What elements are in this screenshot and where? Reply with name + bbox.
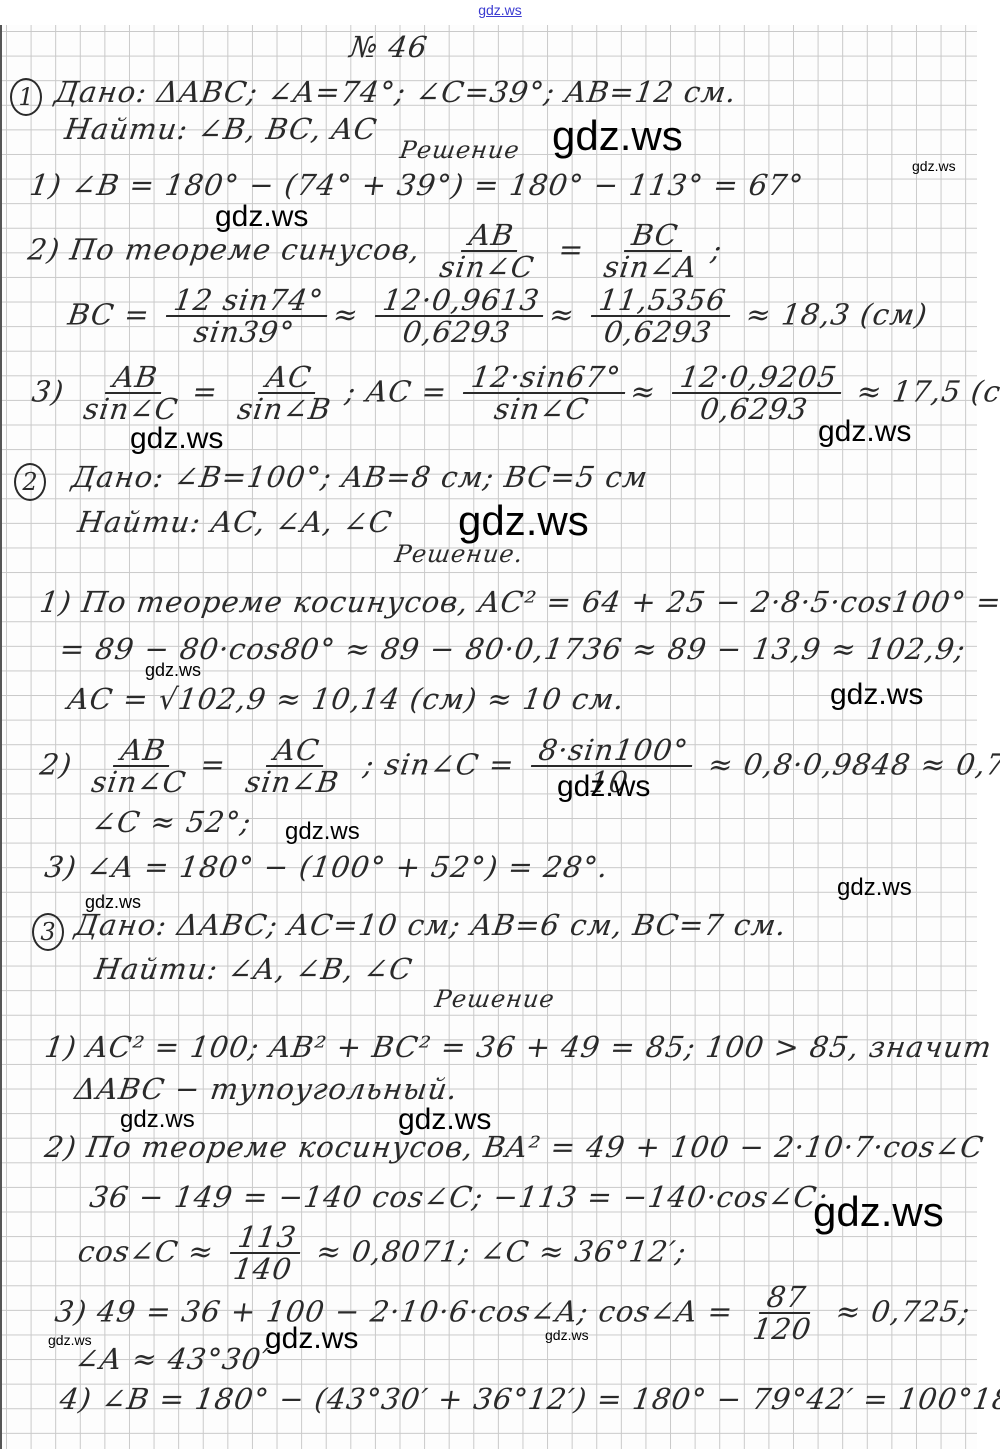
denominator: sin∠C [76, 394, 187, 424]
sinc-label: ; sin∠C = [361, 747, 517, 781]
fraction: ABsin∠C [84, 735, 199, 798]
denominator: 140 [225, 1254, 300, 1284]
problem-number-1: 1 [10, 78, 42, 116]
denominator: 120 [745, 1314, 820, 1344]
problem-3-step-3b: ∠A ≈ 43°30′ [73, 1342, 272, 1376]
watermark: gdz.ws [398, 1103, 491, 1137]
step-number: 2) [38, 747, 75, 781]
problem-3-step-1b: ΔABC − тупоугольный. [73, 1072, 461, 1106]
problem-3-step-4: 4) ∠B = 180° − (43°30′ + 36°12′) = 180° … [58, 1382, 1000, 1416]
fraction: 12·0,96130,6293 [370, 285, 547, 348]
site-link[interactable]: gdz.ws [0, 2, 1000, 18]
denominator: sin∠C [486, 394, 597, 424]
denominator: 0,6293 [596, 317, 720, 347]
ac-label: AC = [364, 374, 449, 408]
problem-3-solution-title: Решение [433, 985, 557, 1013]
numerator: 12·sin67° [463, 362, 629, 394]
numerator: 11,5356 [591, 285, 734, 317]
problem-1-solution-title: Решение [398, 136, 522, 164]
watermark: gdz.ws [912, 158, 956, 174]
watermark: gdz.ws [130, 422, 223, 456]
problem-1-bc-calc: BC = 12 sin74°sin39°≈ 12·0,96130,6293≈ 1… [64, 285, 932, 348]
result: ≈ 0,8·0,9848 ≈ 0,78784 [706, 747, 1000, 781]
numerator: AB [461, 220, 522, 252]
problem-1-given: Дано: ΔABC; ∠A=74°; ∠C=39°; AB=12 см. [53, 75, 739, 109]
watermark: gdz.ws [85, 892, 141, 913]
problem-3-step-3: 3) 49 = 36 + 100 − 2·10·6·cos∠A; cos∠A =… [51, 1282, 975, 1345]
denominator: sin∠C [432, 252, 543, 282]
step-text: 3) 49 = 36 + 100 − 2·10·6·cos∠A; cos∠A = [53, 1294, 736, 1328]
exercise-title: № 46 [348, 30, 430, 64]
fraction: 87120 [745, 1282, 824, 1345]
problem-number-2: 2 [14, 463, 46, 501]
denominator: sin∠A [596, 252, 705, 282]
watermark: gdz.ws [557, 770, 650, 804]
problem-3-step-2b: 36 − 149 = −140 cos∠C; −113 = −140·cos∠C… [88, 1180, 831, 1214]
result: ≈ 0,8071; ∠C ≈ 36°12′; [314, 1234, 689, 1268]
problem-2-step-2b: ∠C ≈ 52°; [90, 805, 254, 839]
problem-3-given: Дано: ΔABC; AC=10 см; AB=6 см, BC=7 см. [73, 908, 789, 942]
result: ≈ 18,3 (см) [744, 297, 930, 331]
problem-3-step-2a: 2) По теореме косинусов, BA² = 49 + 100 … [43, 1130, 987, 1164]
watermark: gdz.ws [552, 112, 683, 160]
watermark: gdz.ws [545, 1327, 589, 1343]
numerator: AB [105, 362, 166, 394]
numerator: BC [624, 220, 687, 252]
denominator: sin∠B [229, 394, 339, 424]
bc-label: BC = [66, 297, 152, 331]
problem-1-find: Найти: ∠B, BC, AC [63, 112, 380, 146]
numerator: AC [266, 735, 328, 767]
problem-3-find: Найти: ∠A, ∠B, ∠C [93, 952, 415, 986]
problem-3-step-2c: cos∠C ≈ 113140 ≈ 0,8071; ∠C ≈ 36°12′; [74, 1222, 691, 1285]
numerator: 113 [230, 1222, 305, 1254]
problem-2-step-1a: 1) По теореме косинусов, AC² = 64 + 25 −… [38, 585, 1000, 619]
numerator: 8·sin100° [530, 735, 696, 767]
denominator: sin39° [186, 317, 303, 347]
fraction: ACsin∠B [229, 362, 343, 425]
fraction: ACsin∠B [237, 735, 351, 798]
denominator: sin∠B [237, 767, 347, 797]
result: ≈ 17,5 (см) [855, 374, 1000, 408]
numerator: 12 sin74° [166, 285, 332, 317]
problem-2-step-2: 2) ABsin∠C= ACsin∠B ; sin∠C = 8·sin100°1… [36, 735, 1000, 798]
watermark: gdz.ws [837, 874, 912, 902]
watermark: gdz.ws [120, 1106, 195, 1134]
watermark: gdz.ws [215, 200, 308, 234]
problem-1-step-1: 1) ∠B = 180° − (74° + 39°) = 180° − 113°… [28, 168, 806, 202]
denominator: 0,6293 [395, 317, 519, 347]
fraction: ABsin∠C [432, 220, 547, 283]
fraction: 12·sin67°sin∠C [459, 362, 629, 425]
fraction: 11,53560,6293 [586, 285, 734, 348]
watermark: gdz.ws [285, 818, 360, 846]
step-number: 3) [30, 374, 67, 408]
denominator: sin∠C [84, 767, 195, 797]
watermark: gdz.ws [48, 1332, 92, 1348]
problem-2-step-3: 3) ∠A = 180° − (100° + 52°) = 28°. [43, 850, 611, 884]
cosc-label: cos∠C ≈ [76, 1234, 216, 1268]
denominator: 0,6293 [692, 394, 816, 424]
fraction: BCsin∠A [596, 220, 710, 283]
problem-2-step-1c: AC = √102,9 ≈ 10,14 (см) ≈ 10 см. [66, 682, 627, 716]
watermark: gdz.ws [145, 660, 201, 681]
numerator: 87 [759, 1282, 814, 1314]
problem-number-3: 3 [32, 913, 64, 951]
problem-3-step-1a: 1) AC² = 100; AB² + BC² = 36 + 49 = 85; … [43, 1030, 995, 1064]
problem-2-find: Найти: AC, ∠A, ∠C [76, 505, 395, 539]
watermark: gdz.ws [830, 678, 923, 712]
numerator: 12·0,9613 [375, 285, 548, 317]
numerator: AC [258, 362, 320, 394]
numerator: AB [113, 735, 174, 767]
watermark: gdz.ws [813, 1188, 944, 1236]
result: ≈ 0,725; [834, 1294, 973, 1328]
problem-2-given: Дано: ∠B=100°; AB=8 см; BC=5 см [70, 460, 651, 494]
watermark: gdz.ws [818, 415, 911, 449]
problem-1-step-2: 2) По теореме синусов, ABsin∠C = BCsin∠A… [24, 220, 727, 283]
numerator: 12·0,9205 [672, 362, 845, 394]
watermark: gdz.ws [265, 1322, 358, 1356]
fraction: 12 sin74°sin39° [161, 285, 331, 348]
step-text: 2) По теореме синусов, [26, 232, 423, 266]
watermark: gdz.ws [458, 497, 589, 545]
fraction: ABsin∠C [76, 362, 191, 425]
fraction: 113140 [225, 1222, 304, 1285]
